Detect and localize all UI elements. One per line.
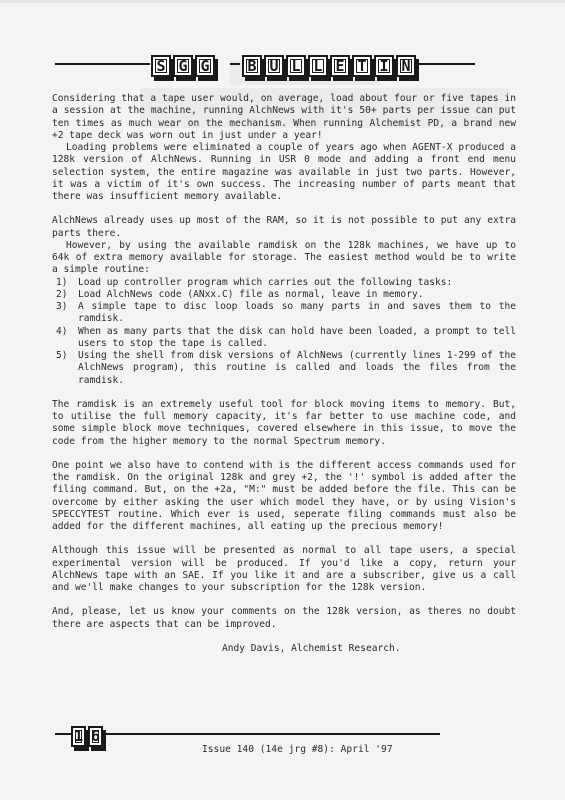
masthead-title-bulletin: B U L L E T I N	[242, 55, 416, 77]
paragraph: However, by using the available ramdisk …	[52, 240, 516, 277]
paragraph: And, please, let us know your comments o…	[52, 606, 516, 631]
page-number-digit: 6	[88, 726, 103, 747]
page-number: 1 6	[71, 726, 103, 747]
step-number: 5)	[56, 350, 68, 362]
letter-tile: G	[195, 55, 215, 77]
step-text: Using the shell from disk versions of Al…	[78, 350, 516, 386]
author-signature: Andy Davis, Alchemist Research.	[52, 643, 516, 655]
paragraph-gap	[52, 203, 516, 215]
letter-tile: E	[330, 55, 350, 77]
paragraph-gap	[52, 387, 516, 399]
letter-tile: U	[264, 55, 284, 77]
step-text: A simple tape to disc loop loads so many…	[78, 301, 516, 324]
list-item: 2)Load AlchNews code (ANxx.C) file as no…	[52, 289, 516, 301]
step-number: 2)	[56, 289, 68, 301]
footer-rule	[55, 733, 440, 735]
paragraph: AlchNews already uses up most of the RAM…	[52, 215, 516, 240]
masthead-title-sgg: S G G	[151, 55, 215, 77]
step-number: 3)	[56, 301, 68, 313]
letter-tile: L	[308, 55, 328, 77]
list-item: 3)A simple tape to disc loop loads so ma…	[52, 301, 516, 326]
step-text: When as many parts that the disk can hol…	[78, 326, 516, 349]
page-number-digit: 1	[71, 726, 86, 747]
step-number: 1)	[56, 277, 68, 289]
paragraph: Considering that a tape user would, on a…	[52, 93, 516, 142]
letter-tile: S	[151, 55, 171, 77]
issue-info: Issue 140 (14e jrg #8): April '97	[202, 744, 393, 755]
paragraph-gap	[52, 594, 516, 606]
letter-tile: L	[286, 55, 306, 77]
paragraph: Although this issue will be presented as…	[52, 545, 516, 594]
list-item: 5)Using the shell from disk versions of …	[52, 350, 516, 387]
list-item: 4)When as many parts that the disk can h…	[52, 326, 516, 351]
letter-tile: N	[396, 55, 416, 77]
page-edge	[0, 0, 565, 3]
step-number: 4)	[56, 326, 68, 338]
step-text: Load up controller program which carries…	[78, 277, 452, 288]
masthead-rule-middle	[230, 63, 240, 65]
paragraph-gap	[52, 631, 516, 643]
paragraph: Loading problems were eliminated a coupl…	[52, 142, 516, 203]
paragraph: The ramdisk is an extremely useful tool …	[52, 399, 516, 448]
page-footer: 1 6 Issue 140 (14e jrg #8): April '97	[55, 730, 440, 760]
paragraph-gap	[52, 533, 516, 545]
letter-tile: I	[374, 55, 394, 77]
letter-tile: T	[352, 55, 372, 77]
letter-tile: G	[173, 55, 193, 77]
masthead-rule-left	[55, 63, 150, 65]
paragraph-gap	[52, 448, 516, 460]
masthead: S G G B U L L E T I N	[55, 55, 475, 85]
step-text: Load AlchNews code (ANxx.C) file as norm…	[78, 289, 423, 300]
paragraph: One point we also have to contend with i…	[52, 460, 516, 534]
article-body: Considering that a tape user would, on a…	[52, 93, 516, 655]
routine-steps-list: 1)Load up controller program which carri…	[52, 277, 516, 387]
list-item: 1)Load up controller program which carri…	[52, 277, 516, 289]
letter-tile: B	[242, 55, 262, 77]
